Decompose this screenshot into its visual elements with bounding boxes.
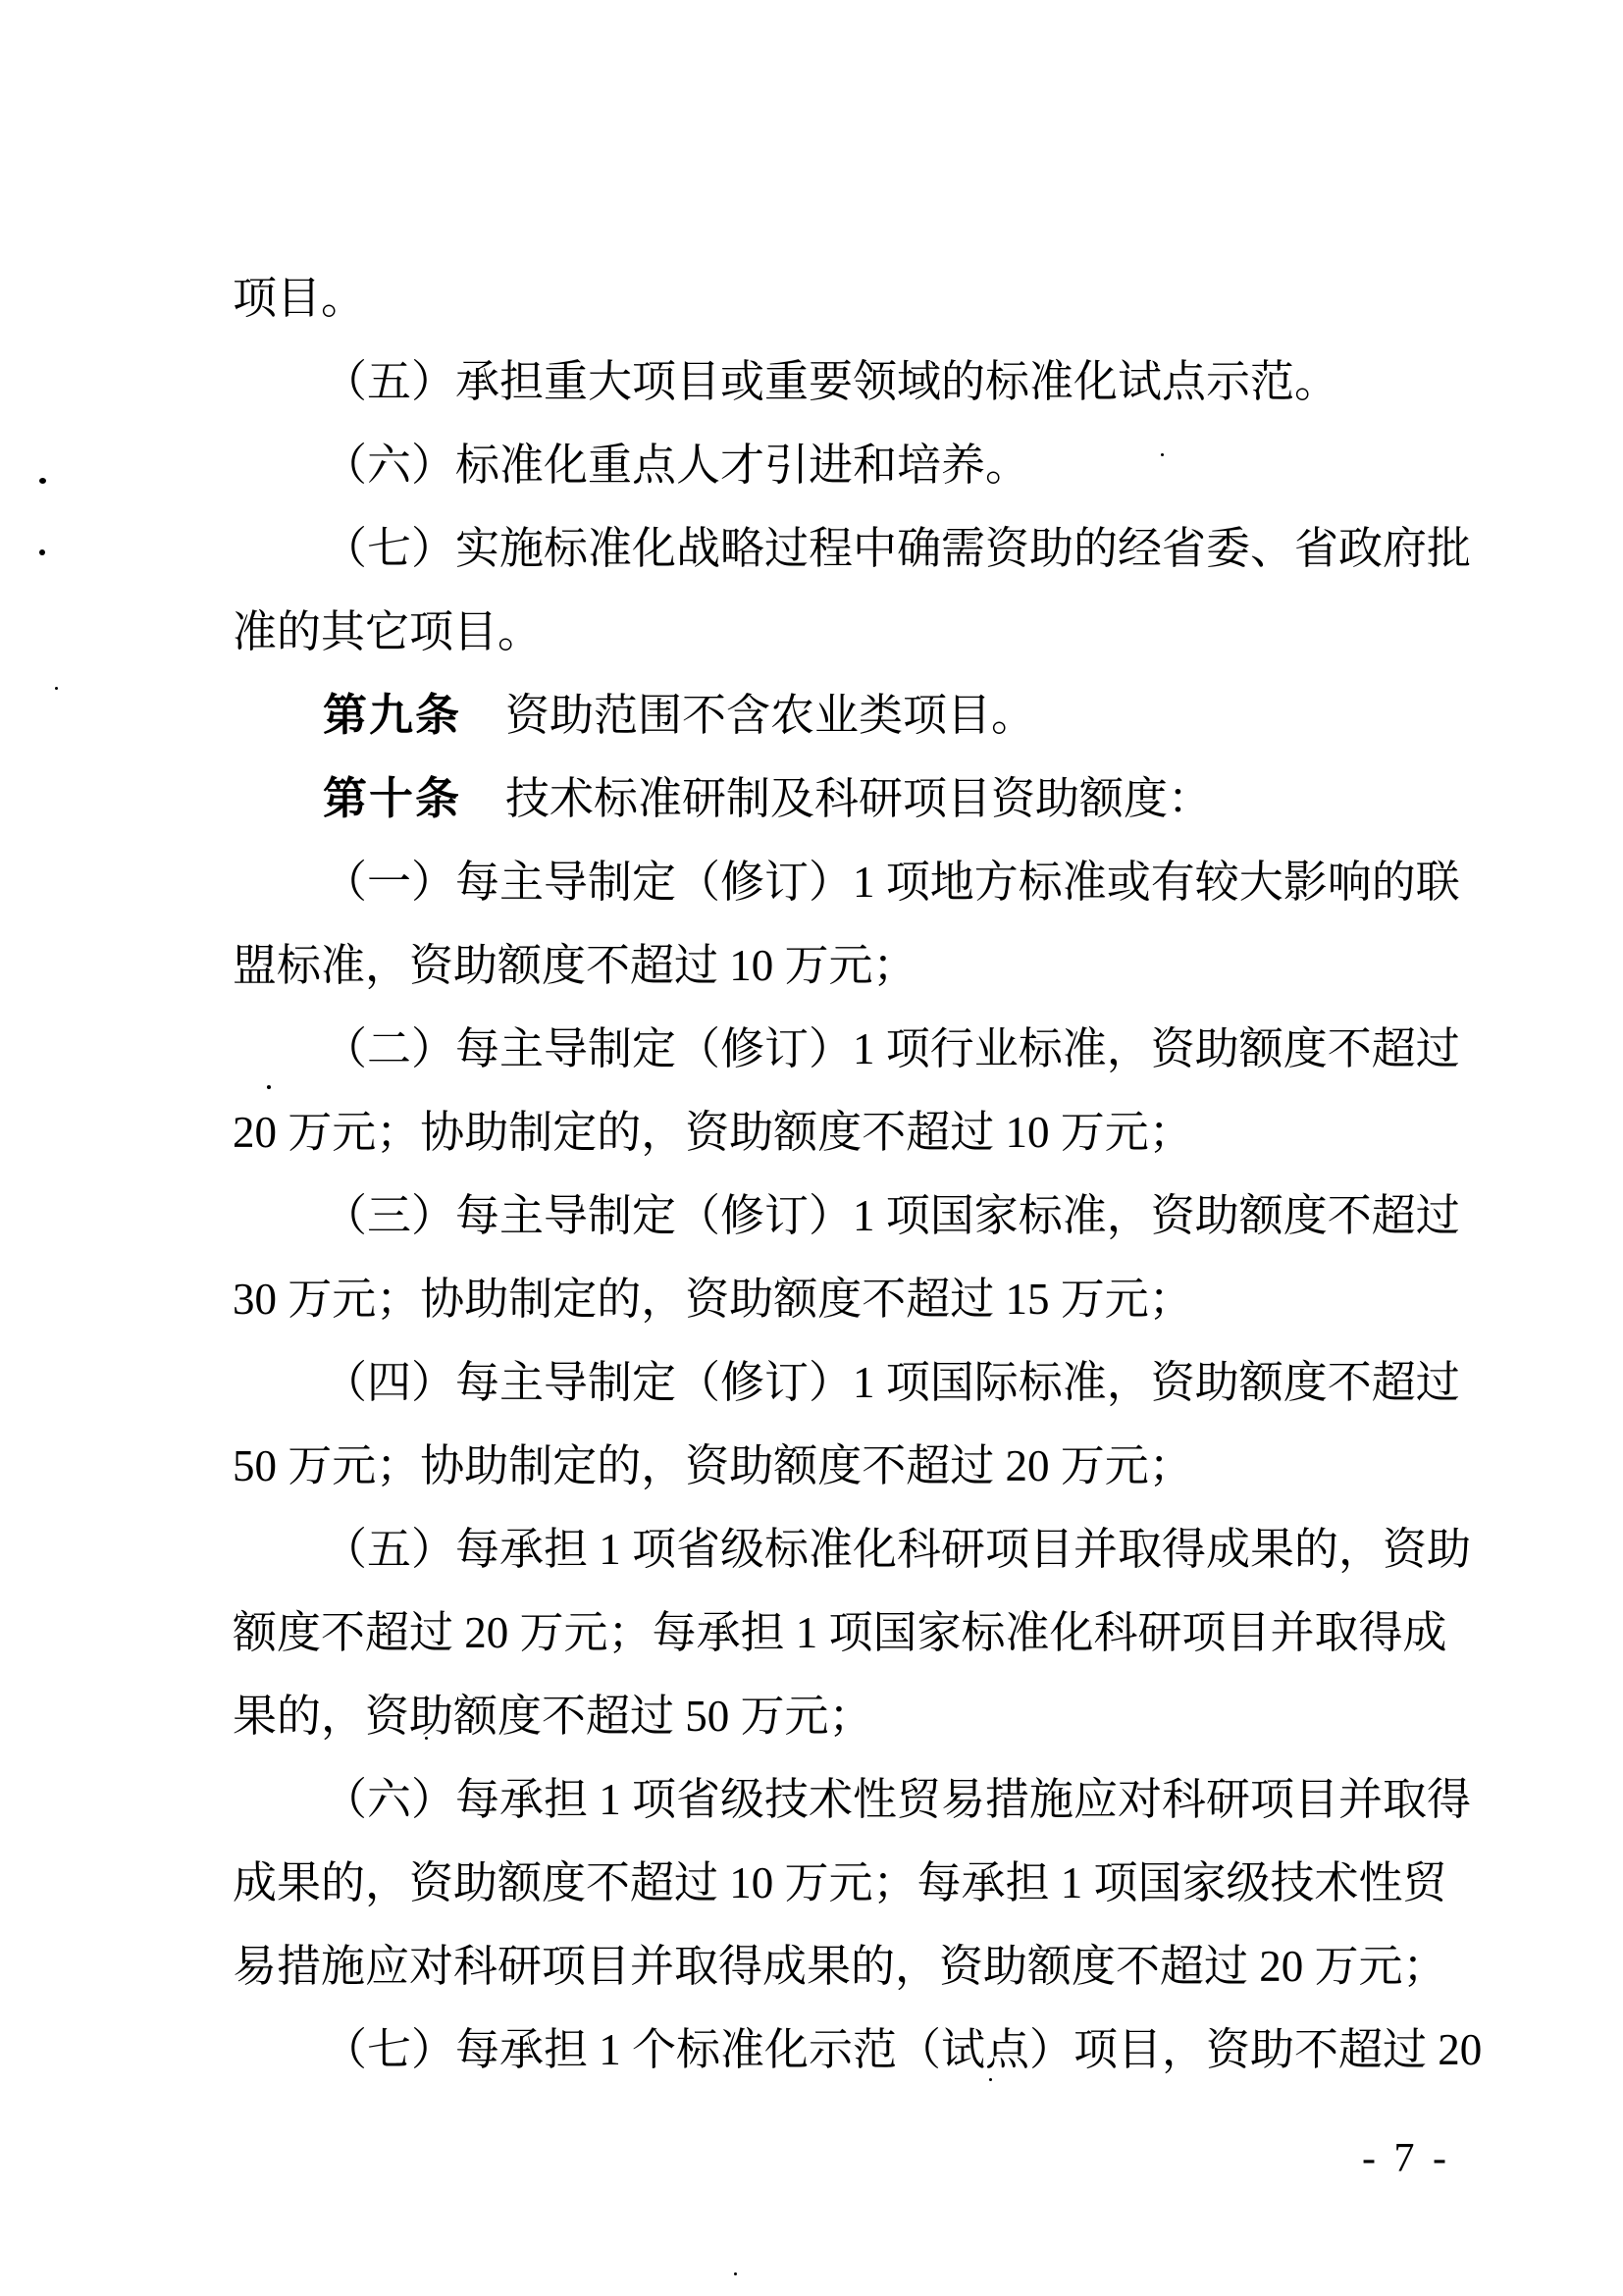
document-line: （二）每主导制定（修订）1 项行业标准，资助额度不超过 [233, 1008, 1471, 1091]
document-line: （七）实施标准化战略过程中确需资助的经省委、省政府批 [233, 507, 1471, 591]
text-block: 项目。（五）承担重大项目或重要领域的标准化试点示范。（六）标准化重点人才引进和培… [233, 257, 1471, 2092]
document-line: （五）每承担 1 项省级标准化科研项目并取得成果的，资助 [233, 1508, 1471, 1592]
article-number: 第九条 [323, 691, 461, 740]
document-line: （四）每主导制定（修订）1 项国际标准，资助额度不超过 [233, 1341, 1471, 1425]
scan-speck [267, 1085, 271, 1089]
document-line: 成果的，资助额度不超过 10 万元；每承担 1 项国家级技术性贸 [233, 1842, 1471, 1925]
scan-speck [1161, 453, 1164, 456]
scan-speck [425, 1737, 428, 1740]
scan-speck [39, 478, 46, 484]
document-line: （七）每承担 1 个标准化示范（试点）项目，资助不超过 20 [233, 2009, 1471, 2092]
scan-speck [55, 687, 58, 690]
document-line: 盟标准，资助额度不超过 10 万元； [233, 924, 1471, 1008]
document-line: 易措施应对科研项目并取得成果的，资助额度不超过 20 万元； [233, 1925, 1471, 2009]
document-line: 第十条 技术标准研制及科研项目资助额度： [233, 757, 1471, 841]
article-number: 第十条 [323, 774, 461, 823]
document-line: 30 万元；协助制定的，资助额度不超过 15 万元； [233, 1258, 1471, 1341]
scan-speck [39, 549, 45, 555]
scan-speck [734, 2272, 737, 2275]
scan-speck [989, 2078, 992, 2081]
scanned-document-page: 项目。（五）承担重大项目或重要领域的标准化试点示范。（六）标准化重点人才引进和培… [0, 0, 1623, 2296]
document-line: 果的，资助额度不超过 50 万元； [233, 1675, 1471, 1758]
document-line: 准的其它项目。 [233, 591, 1471, 674]
page-number: - 7 - [1362, 2135, 1450, 2182]
document-line: 项目。 [233, 257, 1471, 340]
document-line: 20 万元；协助制定的，资助额度不超过 10 万元； [233, 1091, 1471, 1174]
document-line: （三）每主导制定（修订）1 项国家标准，资助额度不超过 [233, 1174, 1471, 1258]
document-line: （六）每承担 1 项省级技术性贸易措施应对科研项目并取得 [233, 1758, 1471, 1842]
document-line: （五）承担重大项目或重要领域的标准化试点示范。 [233, 340, 1471, 424]
document-line: （一）每主导制定（修订）1 项地方标准或有较大影响的联 [233, 841, 1471, 924]
document-line: 50 万元；协助制定的，资助额度不超过 20 万元； [233, 1425, 1471, 1508]
document-line: 第九条 资助范围不含农业类项目。 [233, 674, 1471, 757]
document-line: （六）标准化重点人才引进和培养。 [233, 424, 1471, 507]
document-line: 额度不超过 20 万元；每承担 1 项国家标准化科研项目并取得成 [233, 1592, 1471, 1675]
